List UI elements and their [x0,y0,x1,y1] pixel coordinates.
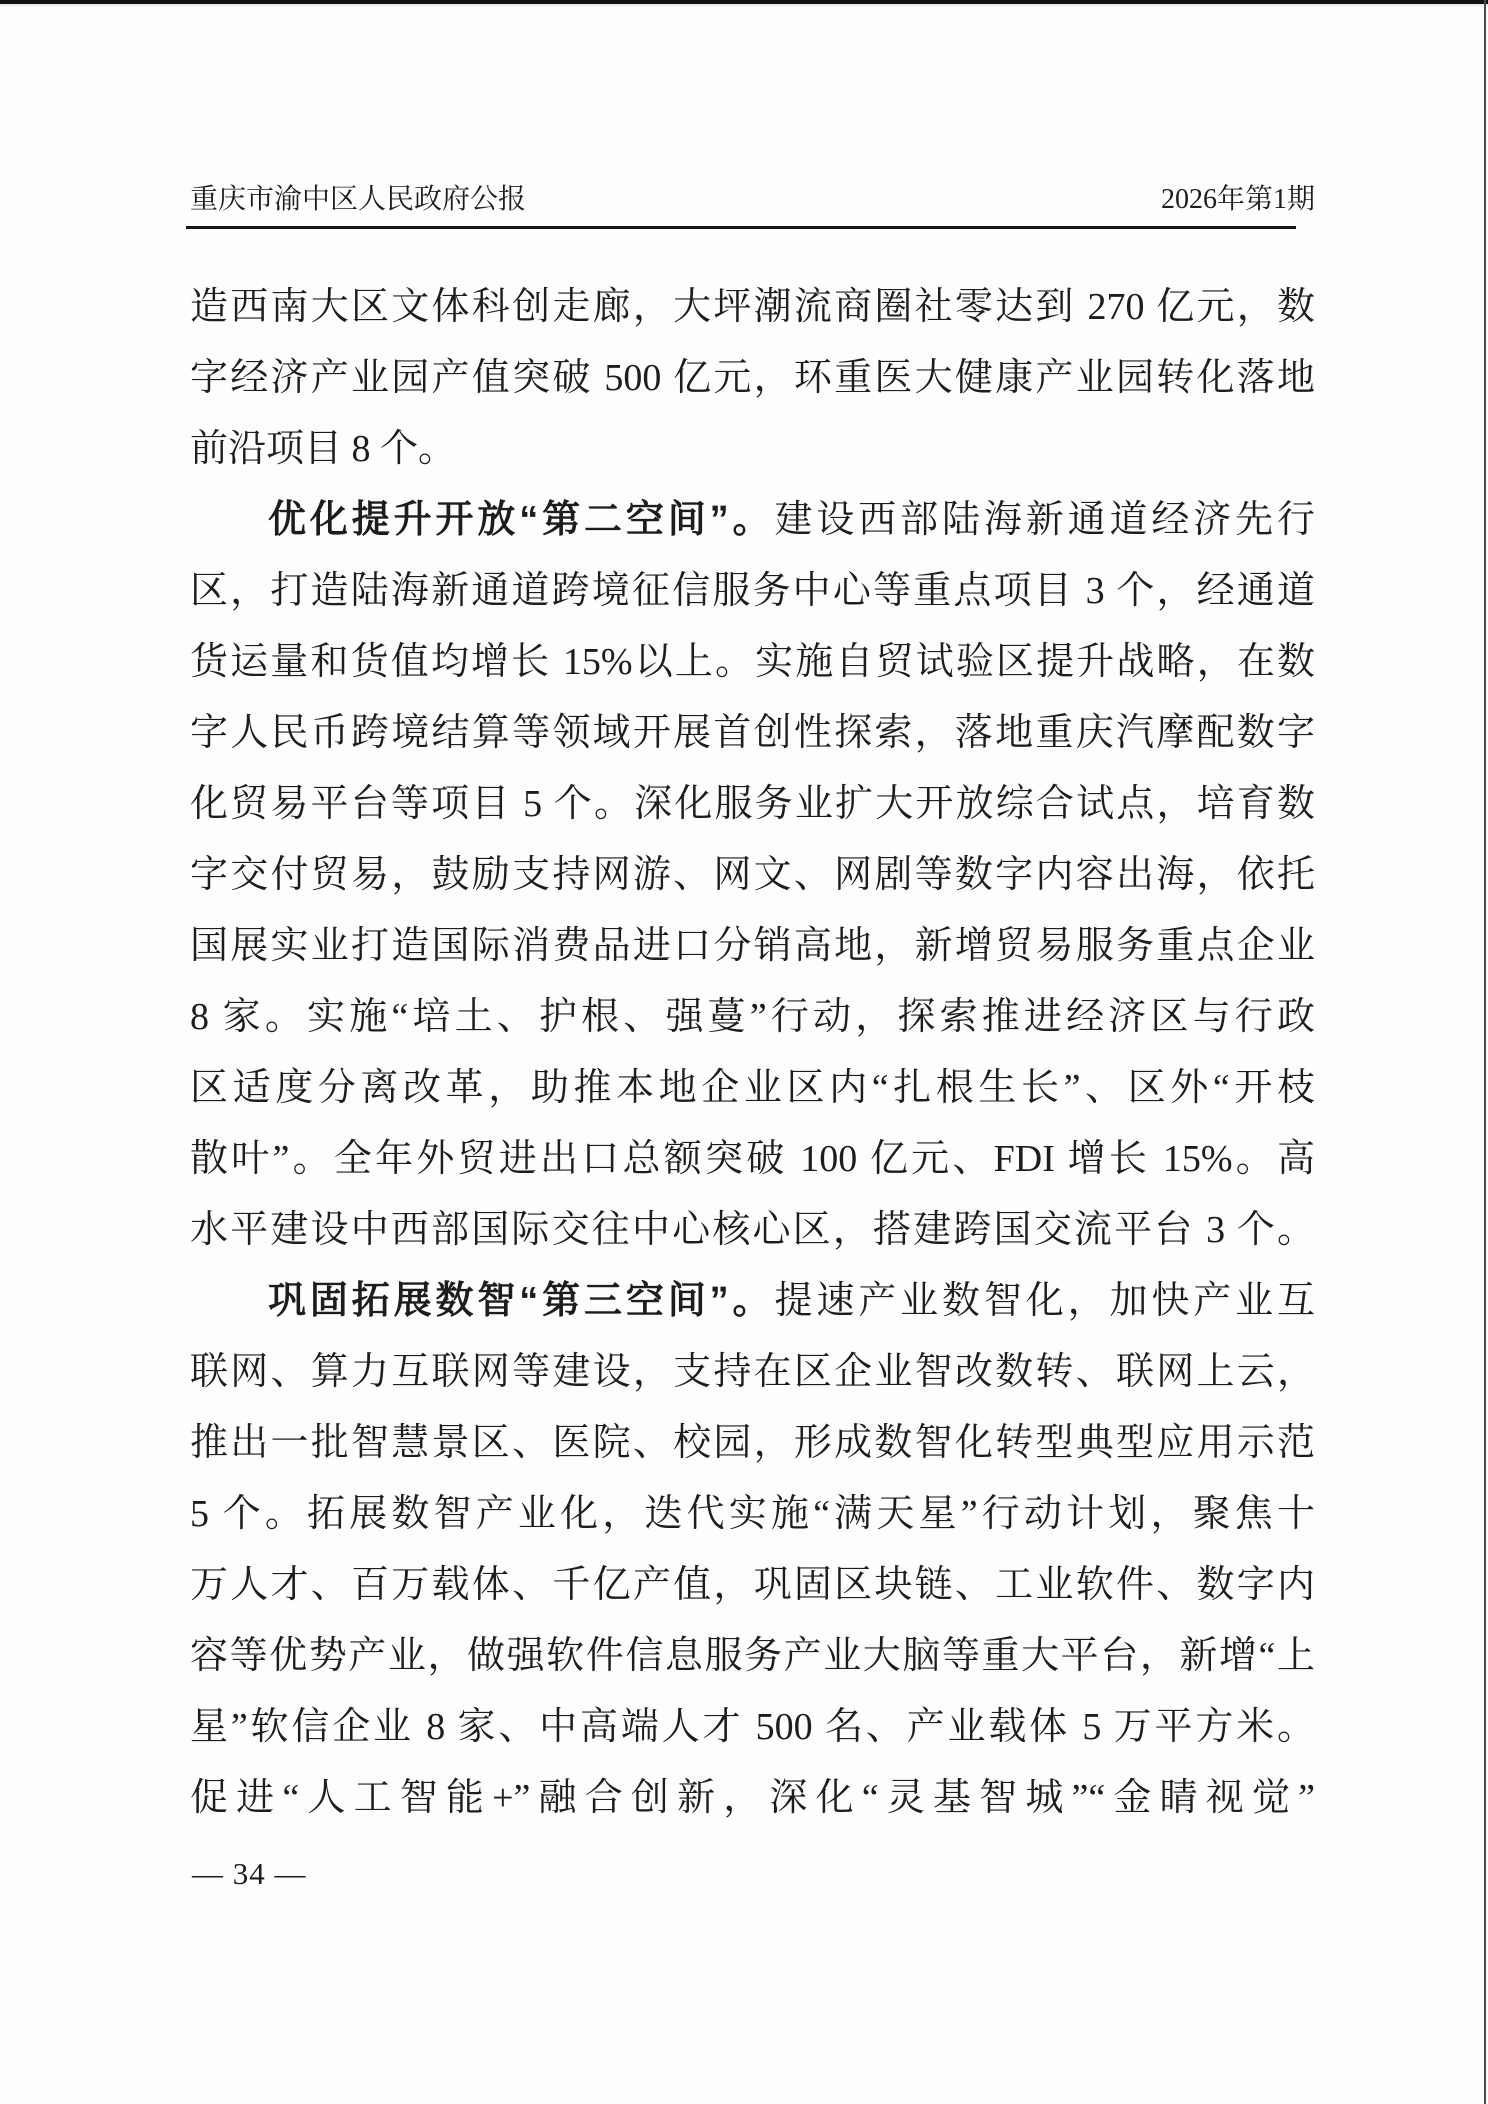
body-line: 5 个。拓展数智产业化，迭代实施“满天星”行动计划，聚焦十 [190,1479,1315,1550]
body-line-text: 万人才、百万载体、千亿产值，巩固区块链、工业软件、数字内 [190,1564,1315,1606]
body-line-text: 区适度分离改革，助推本地企业区内“扎根生长”、区外“开枝 [190,1067,1315,1109]
gazette-title: 重庆市渝中区人民政府公报 [190,182,526,218]
body-line: 字人民币跨境结算等领域开展首创性探索，落地重庆汽摩配数字 [190,698,1315,769]
body-line: 推出一批智慧景区、医院、校园，形成数智化转型典型应用示范 [190,1408,1315,1479]
body-line-text: 区，打造陆海新通道跨境征信服务中心等重点项目 3 个，经通道 [190,570,1315,612]
body-line: 造西南大区文体科创走廊，大坪潮流商圈社零达到 270 亿元，数 [190,272,1315,343]
document-page: 重庆市渝中区人民政府公报 2026年第1期 造西南大区文体科创走廊，大坪潮流商圈… [0,0,1488,2104]
body-line-text: 国展实业打造国际消费品进口分销高地，新增贸易服务重点企业 [190,925,1315,967]
body-line-text: 提速产业数智化，加快产业互 [774,1280,1315,1322]
body-line: 字交付贸易，鼓励支持网游、网文、网剧等数字内容出海，依托 [190,840,1315,911]
body-line-text: 散叶”。全年外贸进出口总额突破 100 亿元、FDI 增长 15%。高 [190,1138,1315,1180]
body-line-text: 促进“人工智能+”融合创新，深化“灵基智城”“金睛视觉” [190,1777,1315,1819]
body-line-text: 容等优势产业，做强软件信息服务产业大脑等重大平台，新增“上 [190,1635,1315,1677]
body-line: 巩固拓展数智“第三空间”。提速产业数智化，加快产业互 [190,1266,1315,1337]
scan-top-edge-shadow [0,4,1488,6]
body-line-text: 字人民币跨境结算等领域开展首创性探索，落地重庆汽摩配数字 [190,712,1315,754]
body-line: 化贸易平台等项目 5 个。深化服务业扩大开放综合试点，培育数 [190,769,1315,840]
body-line-text: 星”软信企业 8 家、中高端人才 500 名、产业载体 5 万平方米。 [190,1706,1315,1748]
body-line-text: 水平建设中西部国际交往中心核心区，搭建跨国交流平台 3 个。 [190,1209,1315,1251]
body-line: 促进“人工智能+”融合创新，深化“灵基智城”“金睛视觉” [190,1763,1315,1834]
body-line-text: 推出一批智慧景区、医院、校园，形成数智化转型典型应用示范 [190,1422,1315,1464]
body-line-text: 造西南大区文体科创走廊，大坪潮流商圈社零达到 270 亿元，数 [190,286,1315,328]
body-line: 联网、算力互联网等建设，支持在区企业智改数转、联网上云， [190,1337,1315,1408]
body-line-text: 5 个。拓展数智产业化，迭代实施“满天星”行动计划，聚焦十 [190,1493,1315,1535]
body-line-text: 字交付贸易，鼓励支持网游、网文、网剧等数字内容出海，依托 [190,854,1315,896]
body-text: 造西南大区文体科创走廊，大坪潮流商圈社零达到 270 亿元，数字经济产业园产值突… [190,272,1315,1834]
paragraph-lead-bold: 巩固拓展数智“第三空间”。 [268,1280,774,1322]
body-line-text: 8 家。实施“培土、护根、强蔓”行动，探索推进经济区与行政 [190,996,1315,1038]
body-line: 国展实业打造国际消费品进口分销高地，新增贸易服务重点企业 [190,911,1315,982]
body-line: 8 家。实施“培土、护根、强蔓”行动，探索推进经济区与行政 [190,982,1315,1053]
body-line-text: 前沿项目 8 个。 [190,428,456,470]
issue-label: 2026年第1期 [1161,182,1315,218]
page-header: 重庆市渝中区人民政府公报 2026年第1期 [190,182,1315,218]
header-rule [186,226,1296,229]
scan-right-edge-line [1484,0,1486,2104]
body-line: 货运量和货值均增长 15%以上。实施自贸试验区提升战略，在数 [190,627,1315,698]
page-number: — 34 — [192,1856,307,1892]
paragraph-lead-bold: 优化提升开放“第二空间”。 [268,499,774,541]
body-line: 区，打造陆海新通道跨境征信服务中心等重点项目 3 个，经通道 [190,556,1315,627]
body-line: 前沿项目 8 个。 [190,414,1315,485]
body-line: 容等优势产业，做强软件信息服务产业大脑等重大平台，新增“上 [190,1621,1315,1692]
body-line: 字经济产业园产值突破 500 亿元，环重医大健康产业园转化落地 [190,343,1315,414]
body-line: 散叶”。全年外贸进出口总额突破 100 亿元、FDI 增长 15%。高 [190,1124,1315,1195]
body-line-text: 建设西部陆海新通道经济先行 [774,499,1315,541]
body-line: 万人才、百万载体、千亿产值，巩固区块链、工业软件、数字内 [190,1550,1315,1621]
body-line: 区适度分离改革，助推本地企业区内“扎根生长”、区外“开枝 [190,1053,1315,1124]
body-line-text: 货运量和货值均增长 15%以上。实施自贸试验区提升战略，在数 [190,641,1315,683]
body-line-text: 字经济产业园产值突破 500 亿元，环重医大健康产业园转化落地 [190,357,1315,399]
body-line-text: 化贸易平台等项目 5 个。深化服务业扩大开放综合试点，培育数 [190,783,1315,825]
body-line: 星”软信企业 8 家、中高端人才 500 名、产业载体 5 万平方米。 [190,1692,1315,1763]
body-line-text: 联网、算力互联网等建设，支持在区企业智改数转、联网上云， [190,1351,1315,1393]
body-line: 水平建设中西部国际交往中心核心区，搭建跨国交流平台 3 个。 [190,1195,1315,1266]
body-line: 优化提升开放“第二空间”。建设西部陆海新通道经济先行 [190,485,1315,556]
